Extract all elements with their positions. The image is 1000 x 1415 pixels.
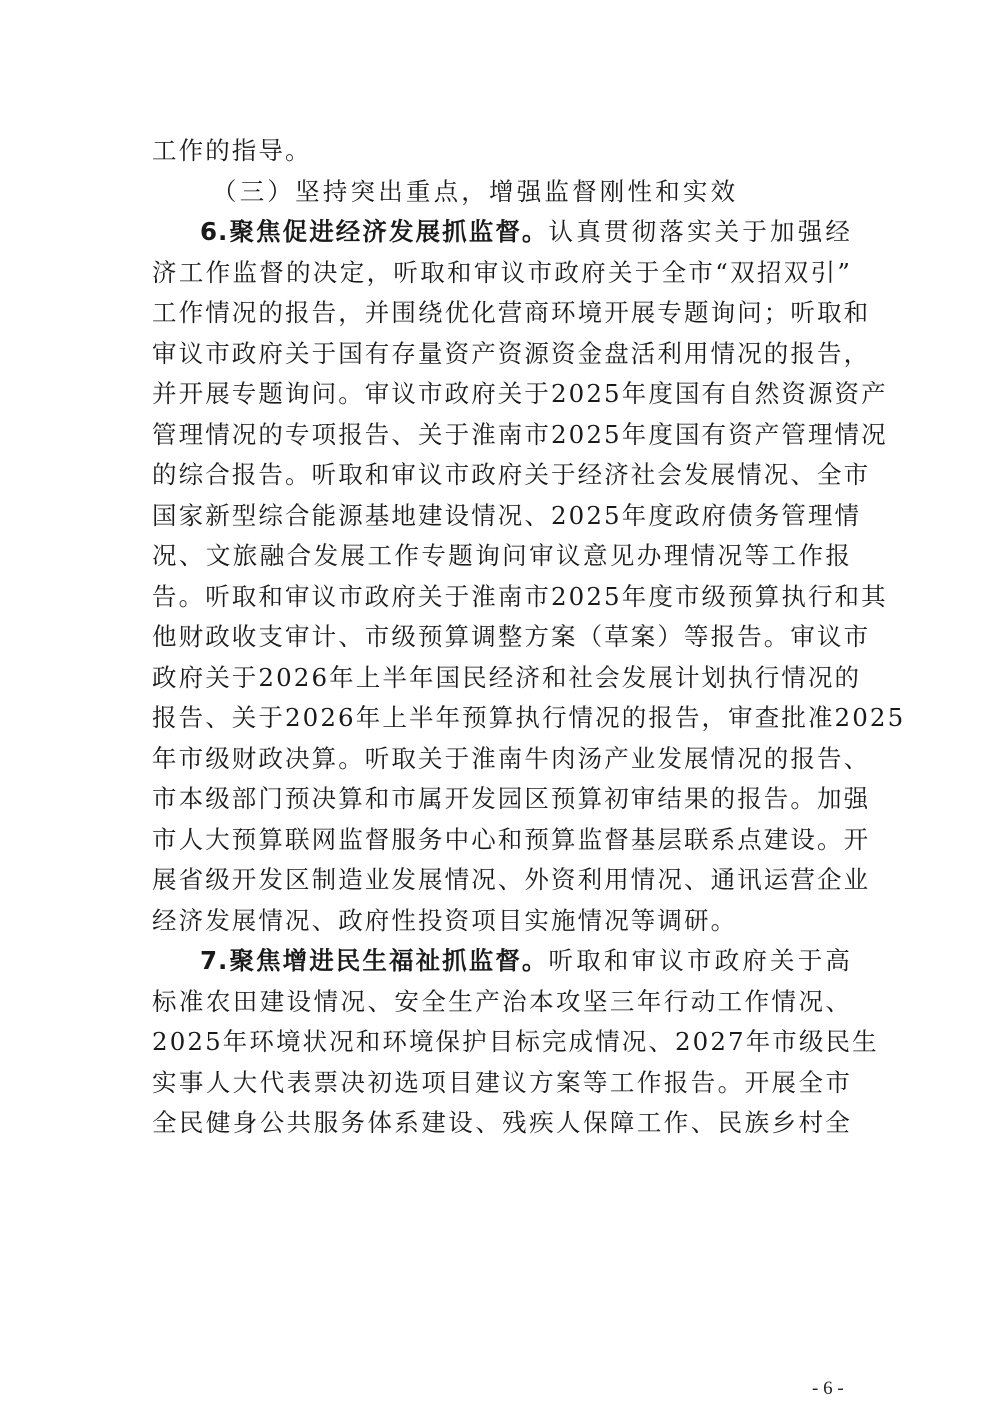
line-text: 告。听取和审议市政府关于淮南市2025年度市级预算执行和其 bbox=[152, 582, 888, 611]
paragraph-line: 年市级财政决算。听取关于淮南牛肉汤产业发展情况的报告、 bbox=[152, 744, 852, 774]
item-title-bold: 6.聚焦促进经济发展抓监督。 bbox=[200, 217, 549, 246]
line-text: 经济发展情况、政府性投资项目实施情况等调研。 bbox=[152, 906, 737, 935]
page-number: - 6 - bbox=[812, 1378, 844, 1400]
paragraph-line: 政府关于2026年上半年国民经济和社会发展计划执行情况的 bbox=[152, 663, 852, 693]
line-text: 国家新型综合能源基地建设情况、2025年度政府债务管理情 bbox=[152, 501, 861, 530]
paragraph-line: 全民健身公共服务体系建设、残疾人保障工作、民族乡村全 bbox=[152, 1108, 852, 1138]
paragraph-line: 报告、关于2026年上半年预算执行情况的报告，审查批准2025 bbox=[152, 703, 852, 733]
paragraph-line: 工作情况的报告，并围绕优化营商环境开展专题询问；听取和 bbox=[152, 298, 852, 328]
line-text: 2025年环境状况和环境保护目标完成情况、2027年市级民生 bbox=[152, 1027, 879, 1056]
paragraph-line: 况、文旅融合发展工作专题询问审议意见办理情况等工作报 bbox=[152, 541, 852, 571]
paragraph-line: 市本级部门预决算和市属开发园区预算初审结果的报告。加强 bbox=[152, 784, 852, 814]
line-text: 并开展专题询问。审议市政府关于2025年度国有自然资源资产 bbox=[152, 379, 888, 408]
line-text: 市人大预算联网监督服务中心和预算监督基层联系点建设。开 bbox=[152, 825, 870, 854]
heading-text: （三）坚持突出重点，增强监督刚性和实效 bbox=[212, 177, 738, 206]
paragraph-line: 并开展专题询问。审议市政府关于2025年度国有自然资源资产 bbox=[152, 379, 852, 409]
paragraph-line: 工作的指导。 bbox=[152, 136, 852, 166]
item-heading-line: 6.聚焦促进经济发展抓监督。认真贯彻落实关于加强经 bbox=[200, 217, 852, 247]
paragraph-line: 经济发展情况、政府性投资项目实施情况等调研。 bbox=[152, 906, 852, 936]
paragraph-line: 国家新型综合能源基地建设情况、2025年度政府债务管理情 bbox=[152, 501, 852, 531]
line-text: 审议市政府关于国有存量资产资源资金盘活利用情况的报告， bbox=[152, 339, 870, 368]
line-text: 工作情况的报告，并围绕优化营商环境开展专题询问；听取和 bbox=[152, 298, 870, 327]
paragraph-line: 济工作监督的决定，听取和审议市政府关于全市“双招双引” bbox=[152, 258, 852, 288]
paragraph-line: 管理情况的专项报告、关于淮南市2025年度国有资产管理情况 bbox=[152, 420, 852, 450]
line-text: 工作的指导。 bbox=[152, 136, 312, 165]
paragraph-line: 展省级开发区制造业发展情况、外资利用情况、通讯运营企业 bbox=[152, 865, 852, 895]
line-text: 年市级财政决算。听取关于淮南牛肉汤产业发展情况的报告、 bbox=[152, 744, 870, 773]
line-text: 济工作监督的决定，听取和审议市政府关于全市“双招双引” bbox=[152, 258, 852, 287]
line-text: 报告、关于2026年上半年预算执行情况的报告，审查批准2025 bbox=[152, 703, 905, 732]
line-text: 管理情况的专项报告、关于淮南市2025年度国有资产管理情况 bbox=[152, 420, 888, 449]
line-text: 他财政收支审计、市级预算调整方案（草案）等报告。审议市 bbox=[152, 622, 870, 651]
line-text: 的综合报告。听取和审议市政府关于经济社会发展情况、全市 bbox=[152, 460, 870, 489]
item-title-bold: 7.聚焦增进民生福祉抓监督。 bbox=[200, 946, 549, 975]
paragraph-line: 标准农田建设情况、安全生产治本攻坚三年行动工作情况、 bbox=[152, 987, 852, 1017]
paragraph-line: 告。听取和审议市政府关于淮南市2025年度市级预算执行和其 bbox=[152, 582, 852, 612]
line-text: 政府关于2026年上半年国民经济和社会发展计划执行情况的 bbox=[152, 663, 861, 692]
line-text: 标准农田建设情况、安全生产治本攻坚三年行动工作情况、 bbox=[152, 987, 852, 1016]
line-text: 全民健身公共服务体系建设、残疾人保障工作、民族乡村全 bbox=[152, 1108, 852, 1137]
document-page: 工作的指导。 （三）坚持突出重点，增强监督刚性和实效 6.聚焦促进经济发展抓监督… bbox=[0, 0, 1000, 1415]
paragraph-line: 他财政收支审计、市级预算调整方案（草案）等报告。审议市 bbox=[152, 622, 852, 652]
line-text: 况、文旅融合发展工作专题询问审议意见办理情况等工作报 bbox=[152, 541, 852, 570]
section-heading: （三）坚持突出重点，增强监督刚性和实效 bbox=[212, 177, 912, 207]
paragraph-line: 市人大预算联网监督服务中心和预算监督基层联系点建设。开 bbox=[152, 825, 852, 855]
line-text: 听取和审议市政府关于高 bbox=[549, 946, 852, 975]
line-text: 市本级部门预决算和市属开发园区预算初审结果的报告。加强 bbox=[152, 784, 870, 813]
paragraph-line: 2025年环境状况和环境保护目标完成情况、2027年市级民生 bbox=[152, 1027, 852, 1057]
paragraph-line: 审议市政府关于国有存量资产资源资金盘活利用情况的报告， bbox=[152, 339, 852, 369]
line-text: 实事人大代表票决初选项目建议方案等工作报告。开展全市 bbox=[152, 1068, 852, 1097]
line-text: 认真贯彻落实关于加强经 bbox=[549, 217, 852, 246]
line-text: 展省级开发区制造业发展情况、外资利用情况、通讯运营企业 bbox=[152, 865, 870, 894]
item-heading-line: 7.聚焦增进民生福祉抓监督。听取和审议市政府关于高 bbox=[200, 946, 852, 976]
paragraph-line: 实事人大代表票决初选项目建议方案等工作报告。开展全市 bbox=[152, 1068, 852, 1098]
paragraph-line: 的综合报告。听取和审议市政府关于经济社会发展情况、全市 bbox=[152, 460, 852, 490]
